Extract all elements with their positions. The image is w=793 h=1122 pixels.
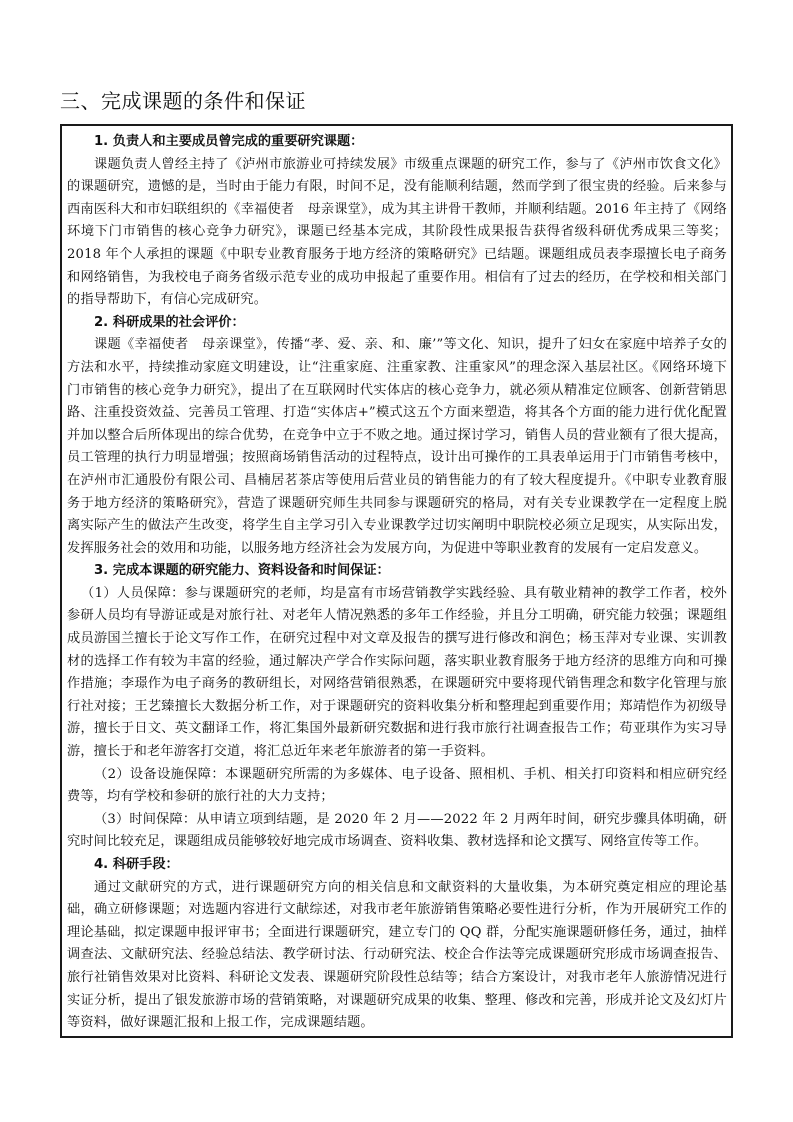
block-research-topics: 1. 负责人和主要成员曾完成的重要研究课题： 课题负责人曾经主持了《泸州市旅游业… [67, 131, 727, 312]
block-heading: 2. 科研成果的社会评价： [67, 312, 727, 335]
block-paragraph: 课题《幸福使者 母亲课堂》，传播“孝、爱、亲、和、廉’”等文化、知识，提升了妇女… [67, 334, 727, 560]
block-paragraph-time: （3）时间保障：从申请立项到结题，是 2020 年 2 月——2022 年 2 … [67, 809, 727, 854]
block-heading: 3. 完成本课题的研究能力、资料设备和时间保证： [67, 560, 727, 583]
content-box: 1. 负责人和主要成员曾完成的重要研究课题： 课题负责人曾经主持了《泸州市旅游业… [60, 124, 733, 1038]
block-paragraph-equipment: （2）设备设施保障：本课题研究所需的为多媒体、电子设备、照相机、手机、相关打印资… [67, 764, 727, 809]
section-title: 三、完成课题的条件和保证 [60, 88, 306, 114]
block-heading: 1. 负责人和主要成员曾完成的重要研究课题： [67, 131, 727, 154]
block-paragraph: 课题负责人曾经主持了《泸州市旅游业可持续发展》市级重点课题的研究工作，参与了《泸… [67, 154, 727, 312]
block-heading: 4. 科研手段： [67, 854, 727, 877]
block-research-methods: 4. 科研手段： 通过文献研究的方式，进行课题研究方向的相关信息和文献资料的大量… [67, 854, 727, 1035]
block-paragraph: 通过文献研究的方式，进行课题研究方向的相关信息和文献资料的大量收集，为本研究奠定… [67, 877, 727, 1035]
block-paragraph-personnel: （1）人员保障：参与课题研究的老师，均是富有市场营销教学实践经验、具有敬业精神的… [67, 583, 727, 764]
content-body: 1. 负责人和主要成员曾完成的重要研究课题： 课题负责人曾经主持了《泸州市旅游业… [62, 126, 731, 1035]
block-research-capacity: 3. 完成本课题的研究能力、资料设备和时间保证： （1）人员保障：参与课题研究的… [67, 560, 727, 854]
block-social-evaluation: 2. 科研成果的社会评价： 课题《幸福使者 母亲课堂》，传播“孝、爱、亲、和、廉… [67, 312, 727, 561]
